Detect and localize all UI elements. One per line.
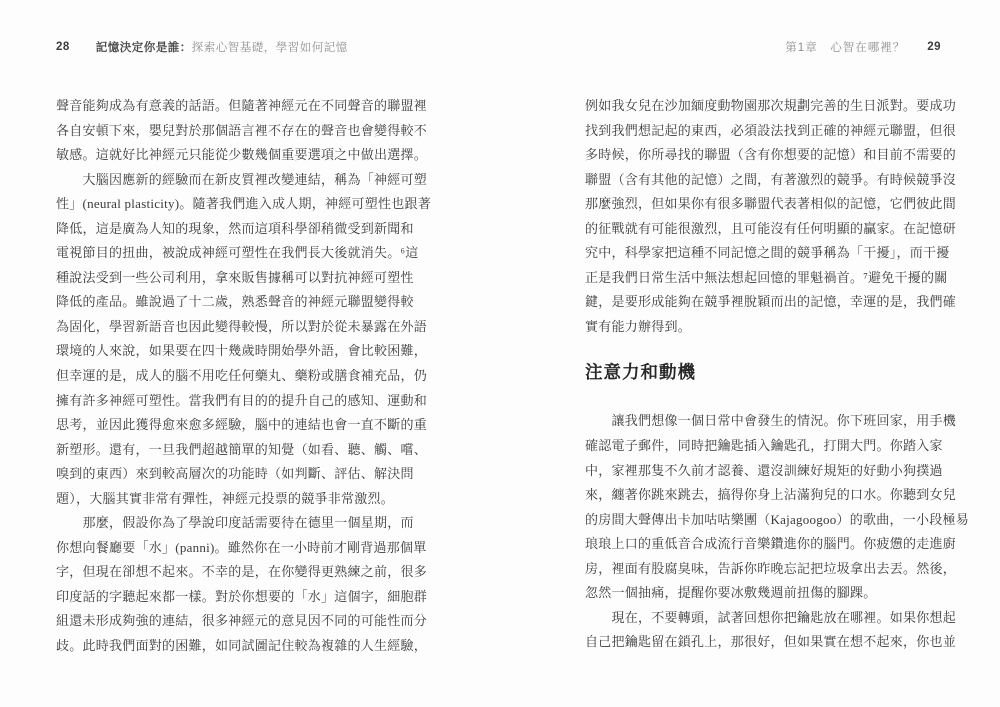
page-number-right: 29 bbox=[927, 41, 941, 53]
text-line: 降低的產品。雖說過了十二歲，熟悉聲音的神經元聯盟變得較 bbox=[56, 290, 430, 315]
text-line: 歧。此時我們面對的困難，如同試圖記住較為複雜的人生經驗， bbox=[56, 634, 430, 659]
left-page-paragraphs: 聲音能夠成為有意義的話語。但隨著神經元在不同聲音的聯盟裡各自安頓下來，嬰兒對於那… bbox=[56, 94, 430, 659]
text-line: 性」(neural plasticity)。隨著我們進入成人期，神經可塑性也跟著 bbox=[56, 192, 430, 217]
text-line: 鍵，是要形成能夠在競爭裡脫穎而出的記憶，幸運的是，我們確 bbox=[585, 290, 959, 315]
text-line: 字，但現在卻想不起來。不幸的是，在你變得更熟練之前，很多 bbox=[56, 560, 430, 585]
text-line: 各自安頓下來，嬰兒對於那個語言裡不存在的聲音也會變得較不 bbox=[56, 119, 430, 144]
text-line: 降低，這是廣為人知的現象，然而這項科學卻稍微受到新聞和 bbox=[56, 217, 430, 242]
right-page-paragraph-1: 例如我女兒在沙加緬度動物園那次規劃完善的生日派對。要成功找到我們想記起的東西，必… bbox=[585, 94, 959, 339]
text-line: 來，纏著你跳來跳去，搞得你身上沾滿狗兒的口水。你聽到女兒 bbox=[585, 483, 959, 508]
text-line: 思考，並因此獲得愈來愈多經驗，腦中的連結也會一直不斷的重 bbox=[56, 413, 430, 438]
running-head-right: 第1章 心智在哪裡？ 29 bbox=[785, 39, 941, 55]
text-line: 自己把鑰匙留在鎖孔上，那很好，但如果實在想不起來，你也並 bbox=[585, 630, 959, 655]
text-line: 正是我們日常生活中無法想起回憶的罪魁禍首。⁷避免干擾的關 bbox=[585, 266, 959, 291]
right-page-paragraph-2: 讓我們想像一個日常中會發生的情況。你下班回家，用手機確認電子郵件，同時把鑰匙插入… bbox=[585, 387, 959, 654]
text-line: 多時候，你所尋找的聯盟（含有你想要的記憶）和目前不需要的 bbox=[585, 143, 959, 168]
section-heading: 注意力和動機 bbox=[585, 339, 959, 387]
text-line: 聯盟（含有其他的記憶）之間，有著激烈的競爭。有時候競爭沒 bbox=[585, 168, 959, 193]
book-subtitle: 探索心智基礎，學習如何記憶 bbox=[192, 39, 348, 55]
text-line: 為固化，學習新語音也因此變得較慢，所以對於從未暴露在外語 bbox=[56, 315, 430, 340]
text-line: 的征戰就有可能很激烈，且可能沒有任何明顯的贏家。在記憶研 bbox=[585, 217, 959, 242]
text-line: 找到我們想記起的東西，必須設法找到正確的神經元聯盟，但很 bbox=[585, 119, 959, 144]
text-line: 的房間大聲傳出卡加咕咕樂團（Kajagoogoo）的歌曲，一小段極易 bbox=[585, 508, 959, 533]
left-page-text-column: 聲音能夠成為有意義的話語。但隨著神經元在不同聲音的聯盟裡各自安頓下來，嬰兒對於那… bbox=[56, 94, 430, 659]
text-line: 確認電子郵件，同時把鑰匙插入鑰匙孔，打開大門。你踏入家 bbox=[585, 434, 959, 459]
text-line: 讓我們想像一個日常中會發生的情況。你下班回家，用手機 bbox=[585, 409, 959, 434]
text-line: 忽然一個抽痛，提醒你要冰敷幾週前扭傷的腳踝。 bbox=[585, 581, 959, 606]
text-line: 種說法受到一些公司利用，拿來販售據稱可以對抗神經可塑性 bbox=[56, 266, 430, 291]
text-line: 那麼，假設你為了學說印度話需要待在德里一個星期，而 bbox=[56, 511, 430, 536]
book-title: 記憶決定你是誰： bbox=[96, 39, 192, 55]
text-line: 但幸運的是，成人的腦不用吃任何藥丸、藥粉或膳食補充品，仍 bbox=[56, 364, 430, 389]
right-page-text-column: 例如我女兒在沙加緬度動物園那次規劃完善的生日派對。要成功找到我們想記起的東西，必… bbox=[585, 94, 959, 655]
chapter-title: 第1章 心智在哪裡？ bbox=[785, 39, 905, 55]
text-line: 嗅到的東西）來到較高層次的功能時（如判斷、評估、解決問 bbox=[56, 462, 430, 487]
text-line: 敏感。這就好比神經元只能從少數幾個重要選項之中做出選擇。 bbox=[56, 143, 430, 168]
text-line: 現在，不要轉頭，試著回想你把鑰匙放在哪裡。如果你想起 bbox=[585, 606, 959, 631]
text-line: 究中，科學家把這種不同記憶之間的競爭稱為「干擾」，而干擾 bbox=[585, 241, 959, 266]
text-line: 環境的人來說，如果要在四十幾歲時開始學外語，會比較困難， bbox=[56, 339, 430, 364]
text-line: 那麼強烈，但如果你有很多聯盟代表著相似的記憶，它們彼此間 bbox=[585, 192, 959, 217]
text-line: 例如我女兒在沙加緬度動物園那次規劃完善的生日派對。要成功 bbox=[585, 94, 959, 119]
running-head: 28 記憶決定你是誰： 探索心智基礎，學習如何記憶 第1章 心智在哪裡？ 29 bbox=[56, 38, 941, 56]
text-line: 擁有許多神經可塑性。當我們有目的的提升自己的感知、運動和 bbox=[56, 389, 430, 414]
text-line: 組還未形成夠強的連結，很多神經元的意見因不同的可能性而分 bbox=[56, 609, 430, 634]
text-line: 中，家裡那隻不久前才認養、還沒訓練好規矩的好動小狗撲過 bbox=[585, 459, 959, 484]
text-line: 印度話的字聽起來都一樣。對於你想要的「水」這個字，細胞群 bbox=[56, 585, 430, 610]
text-line: 新塑形。還有，一旦我們超越簡單的知覺（如看、聽、觸、嚐、 bbox=[56, 438, 430, 463]
text-line: 電視節目的扭曲，被說成神經可塑性在我們長大後就消失。⁶這 bbox=[56, 241, 430, 266]
text-line: 題），大腦其實非常有彈性，神經元投票的競爭非常激烈。 bbox=[56, 487, 430, 512]
text-line: 房，裡面有股腐臭味，告訴你昨晚忘記把垃圾拿出去丟。然後， bbox=[585, 557, 959, 582]
text-line: 聲音能夠成為有意義的話語。但隨著神經元在不同聲音的聯盟裡 bbox=[56, 94, 430, 119]
book-spread: 28 記憶決定你是誰： 探索心智基礎，學習如何記憶 第1章 心智在哪裡？ 29 … bbox=[0, 0, 1000, 707]
text-line: 你想向餐廳要「水」(panni)。雖然你在一小時前才剛背過那個單 bbox=[56, 536, 430, 561]
running-head-left: 28 記憶決定你是誰： 探索心智基礎，學習如何記憶 bbox=[56, 39, 348, 55]
page-number-left: 28 bbox=[56, 41, 70, 53]
text-line: 大腦因應新的經驗而在新皮質裡改變連結，稱為「神經可塑 bbox=[56, 168, 430, 193]
text-line: 實有能力辦得到。 bbox=[585, 315, 959, 340]
text-line: 琅琅上口的重低音合成流行音樂鑽進你的腦門。你疲憊的走進廚 bbox=[585, 532, 959, 557]
